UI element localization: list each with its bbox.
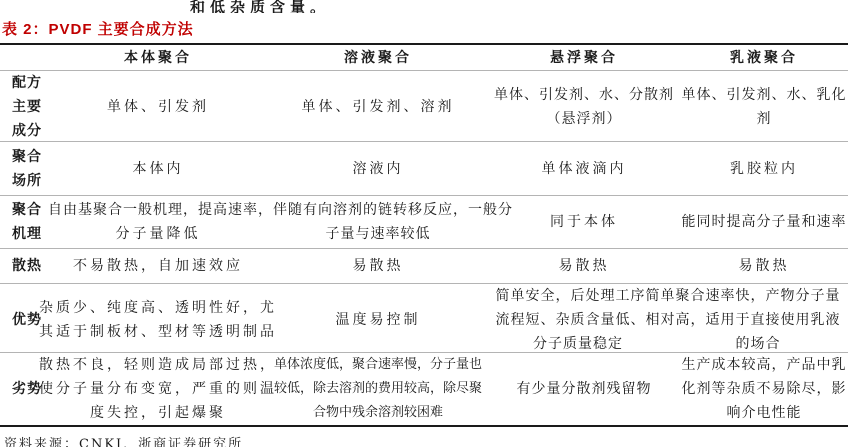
cell-suspension: 同于本体 — [488, 196, 680, 248]
table-title-block: 表 2：PVDF 主要合成方法 — [0, 16, 848, 45]
row-advantages: 优势 杂质少、纯度高、透明性好，尤 其适于制板材、型材等透明制品 温度易控制 简… — [0, 284, 848, 353]
cell-bulk: 不易散热，自加速效应 — [48, 249, 268, 283]
cell-emulsion: 易散热 — [680, 249, 848, 283]
bulk-mechanism-note: 分子量降低 — [48, 222, 268, 246]
cell-solution: 单体浓度低，聚合速率慢，分子量也 较低，除去溶剂的费用较高，除尽聚 合物中残余溶… — [268, 353, 488, 425]
row-label: 聚合 机理 — [0, 196, 48, 248]
cell-suspension: 单体液滴内 — [488, 142, 680, 195]
cell-emulsion: 生产成本较高，产品中乳 化剂等杂质不易除尽，影 响介电性能 — [680, 353, 848, 425]
column-header-suspension: 悬浮聚合 — [488, 45, 680, 70]
cell-suspension: 单体、引发剂、水、分散剂 （悬浮剂） — [488, 71, 680, 143]
cell-bulk: 杂质少、纯度高、透明性好，尤 其适于制板材、型材等透明制品 — [48, 284, 268, 356]
cell-suspension: 易散热 — [488, 249, 680, 283]
row-label: 配方 主要 成分 — [0, 71, 48, 143]
row-label: 聚合 场所 — [0, 142, 48, 195]
cell-suspension-emulsion-merged: 简单安全，后处理工序简单聚合速率快，产物分子量 流程短、杂质含量低、相对高，适用… — [488, 284, 848, 356]
cell-emulsion: 乳胶粒内 — [680, 142, 848, 195]
column-header-solution: 溶液聚合 — [268, 45, 488, 70]
column-header-bulk: 本体聚合 — [48, 45, 268, 70]
cell-bulk-solution-merged: 自由基聚合一般机理，提高速率，伴随有向溶剂的链转移反应，一般分 分子量降低 子量… — [48, 196, 488, 248]
row-disadvantages: 劣势 散热不良，轻则造成局部过热， 使分子量分布变宽，严重的则温 度失控，引起爆… — [0, 353, 848, 425]
table-title: 表 2：PVDF 主要合成方法 — [2, 21, 194, 38]
cell-solution: 溶液内 — [268, 142, 488, 195]
clipped-body-text: 和低杂质含量。 — [0, 0, 848, 13]
row-polymerization-mechanism: 聚合 机理 自由基聚合一般机理，提高速率，伴随有向溶剂的链转移反应，一般分 分子… — [0, 196, 848, 249]
cell-solution: 易散热 — [268, 249, 488, 283]
cell-suspension: 有少量分散剂残留物 — [488, 353, 680, 425]
cell-emulsion: 能同时提高分子量和速率 — [680, 196, 848, 248]
row-polymerization-site: 聚合 场所 本体内 溶液内 单体液滴内 乳胶粒内 — [0, 142, 848, 196]
source-note: 资料来源：CNKI，浙商证券研究所 — [0, 425, 848, 447]
column-header-emulsion: 乳液聚合 — [680, 45, 848, 70]
cell-emulsion: 单体、引发剂、水、乳化 剂 — [680, 71, 848, 143]
row-heat-dissipation: 散热 不易散热，自加速效应 易散热 易散热 易散热 — [0, 249, 848, 284]
cell-bulk: 散热不良，轻则造成局部过热， 使分子量分布变宽，严重的则温 度失控，引起爆聚 — [48, 353, 268, 425]
row-label: 散热 — [0, 249, 48, 283]
header-spacer — [0, 45, 48, 70]
table-header-row: 本体聚合 溶液聚合 悬浮聚合 乳液聚合 — [0, 45, 848, 71]
pvdf-synthesis-table: 本体聚合 溶液聚合 悬浮聚合 乳液聚合 配方 主要 成分 单体、引发剂 单体、引… — [0, 45, 848, 425]
cell-solution: 单体、引发剂、溶剂 — [268, 71, 488, 143]
cell-bulk: 单体、引发剂 — [48, 71, 268, 143]
solution-mechanism-note: 子量与速率较低 — [268, 222, 488, 246]
cell-solution: 温度易控制 — [268, 284, 488, 356]
row-formula-components: 配方 主要 成分 单体、引发剂 单体、引发剂、溶剂 单体、引发剂、水、分散剂 （… — [0, 71, 848, 142]
cell-bulk: 本体内 — [48, 142, 268, 195]
